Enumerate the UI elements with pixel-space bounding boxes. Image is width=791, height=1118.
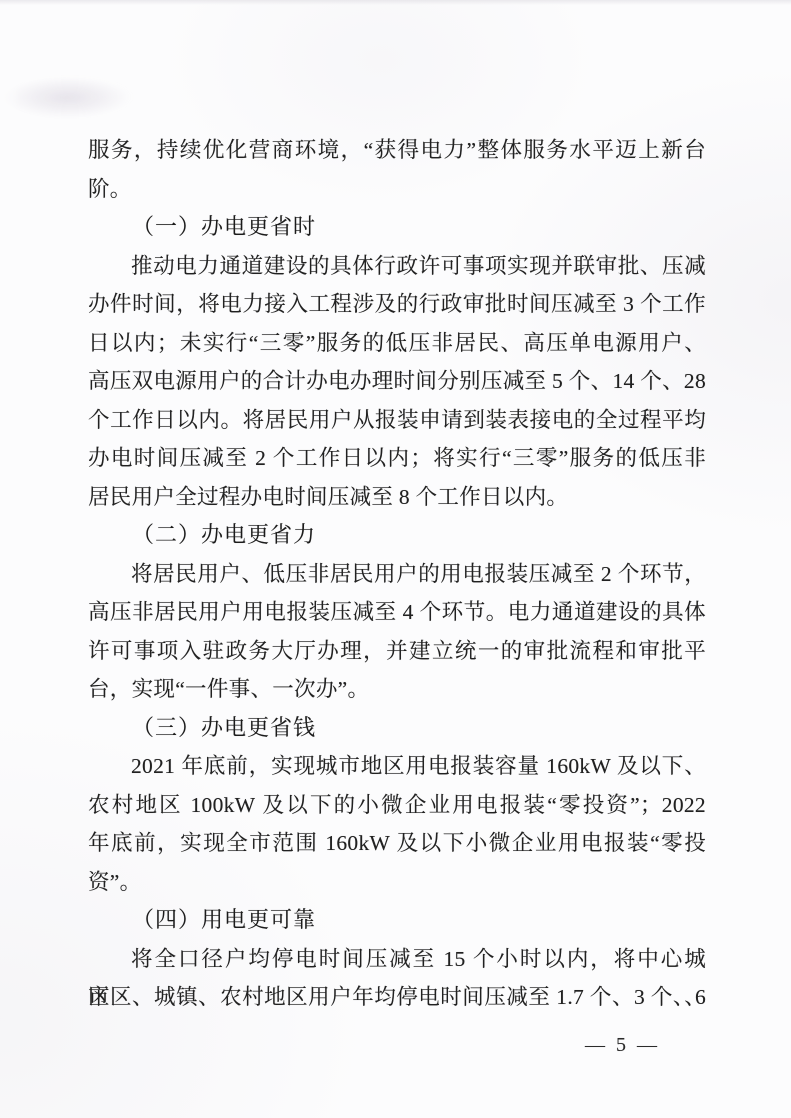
body-line: 高压双电源用户的合计办电办理时间分别压减至 5 个、14 个、28 [88,362,706,401]
body-line: 办件时间，将电力接入工程涉及的行政审批时间压减至 3 个工作 [88,285,706,324]
scan-smudge [16,76,136,118]
body-line: 高压非居民用户用电报装压减至 4 个环节。电力通道建设的具体 [88,593,706,632]
body-line: 阶。 [88,170,706,209]
body-line: 台，实现“一件事、一次办”。 [88,670,706,709]
section-heading: （二）办电更省力 [88,516,706,555]
section-heading: （三）办电更省钱 [88,709,706,748]
body-line: 农村地区 100kW 及以下的小微企业用电报装“零投资”；2022 [88,786,706,825]
body-line: 将全口径户均停电时间压减至 15 个小时以内，将中心城区、 [88,940,706,979]
body-line: 日以内；未实行“三零”服务的低压非居民、高压单电源用户、 [88,324,706,363]
body-line: 将居民用户、低压非居民用户的用电报装压减至 2 个环节， [88,555,706,594]
body-line: 办电时间压减至 2 个工作日以内；将实行“三零”服务的低压非 [88,439,706,478]
body-line: 2021 年底前，实现城市地区用电报装容量 160kW 及以下、 [88,747,706,786]
scanned-document-page: 服务，持续优化营商环境，“获得电力”整体服务水平迈上新台 阶。 （一）办电更省时… [0,0,791,1118]
section-heading: （一）办电更省时 [88,208,706,247]
document-body: 服务，持续优化营商环境，“获得电力”整体服务水平迈上新台 阶。 （一）办电更省时… [88,131,706,1017]
body-line: 服务，持续优化营商环境，“获得电力”整体服务水平迈上新台 [88,131,706,170]
body-line: 年底前，实现全市范围 160kW 及以下小微企业用电报装“零投 [88,824,706,863]
body-line: 居民用户全过程办电时间压减至 8 个工作日以内。 [88,478,706,517]
section-heading: （四）用电更可靠 [88,901,706,940]
body-line: 个工作日以内。将居民用户从报装申请到装表接电的全过程平均 [88,401,706,440]
body-line: 资”。 [88,863,706,902]
body-line: 市区、城镇、农村地区用户年均停电时间压减至 1.7 个、3 个、6 [88,978,706,1017]
page-number: — 5 — [585,1030,660,1060]
body-line: 许可事项入驻政务大厅办理，并建立统一的审批流程和审批平 [88,632,706,671]
body-line: 推动电力通道建设的具体行政许可事项实现并联审批、压减 [88,247,706,286]
